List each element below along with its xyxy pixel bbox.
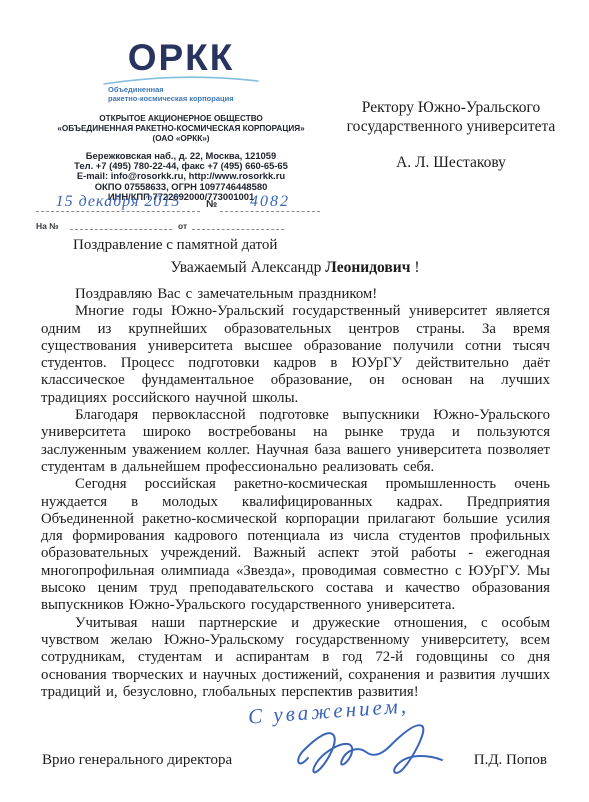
reference-row: На № от (36, 219, 326, 233)
ref-ot-label: от (178, 221, 187, 231)
doc-number-field: 4082 (220, 193, 320, 212)
body-paragraph: Сегодня российская ракетно-космическая п… (41, 476, 550, 614)
logo-tagline-line2: ракетно-космическая корпорация (108, 95, 254, 104)
signature-scribble (290, 716, 450, 786)
org-name-line: (ОАО «ОРКК») (38, 134, 324, 144)
ref-na-label: На № (36, 221, 59, 231)
body-paragraph: Учитывая наши партнерские и дружеские от… (41, 615, 550, 701)
salutation: Уважаемый Александр Леонидович ! (40, 259, 550, 277)
date-field: 15 декабря 2015 (36, 193, 200, 212)
letterhead: ОРКК Объединенная ракетно-космическая ко… (38, 40, 324, 202)
recipient-line: государственного университета (335, 117, 567, 136)
subject-line: Поздравление с памятной датой (73, 237, 277, 254)
recipient-line: Ректору Южно-Уральского (335, 98, 567, 117)
org-name-line: «ОБЪЕДИНЕННАЯ РАКЕТНО-КОСМИЧЕСКАЯ КОРПОР… (38, 124, 324, 134)
salutation-prefix: Уважаемый Александр (170, 259, 325, 276)
signatory-name: П.Д. Попов (474, 752, 547, 769)
recipient-block: Ректору Южно-Уральского государственного… (335, 98, 567, 172)
date-number-row: 15 декабря 2015 № 4082 (36, 193, 326, 215)
signature-title: Врио генерального директора (42, 752, 232, 769)
recipient-name: А. Л. Шестакову (335, 153, 567, 172)
body-paragraph: Поздравляю Вас с замечательным празднико… (41, 286, 550, 303)
salutation-name-bold: Леонидович (325, 259, 410, 276)
org-name-line: ОТКРЫТОЕ АКЦИОНЕРНОЕ ОБЩЕСТВО (38, 114, 324, 124)
org-name-block: ОТКРЫТОЕ АКЦИОНЕРНОЕ ОБЩЕСТВО «ОБЪЕДИНЕН… (38, 114, 324, 144)
orkk-logo: ОРКК (38, 40, 324, 76)
letter-page: ОРКК Объединенная ракетно-космическая ко… (0, 0, 589, 802)
number-sign-label: № (206, 199, 217, 210)
logo-tagline: Объединенная ракетно-космическая корпора… (108, 86, 254, 103)
body-paragraph: Многие годы Южно-Уральский государственн… (41, 303, 550, 407)
letter-body: Поздравляю Вас с замечательным празднико… (41, 286, 550, 701)
salutation-suffix: ! (410, 259, 419, 276)
ref-blank-line (70, 229, 172, 230)
body-paragraph: Благодаря первоклассной подготовке выпус… (41, 407, 550, 476)
ref-blank-line (192, 229, 284, 230)
